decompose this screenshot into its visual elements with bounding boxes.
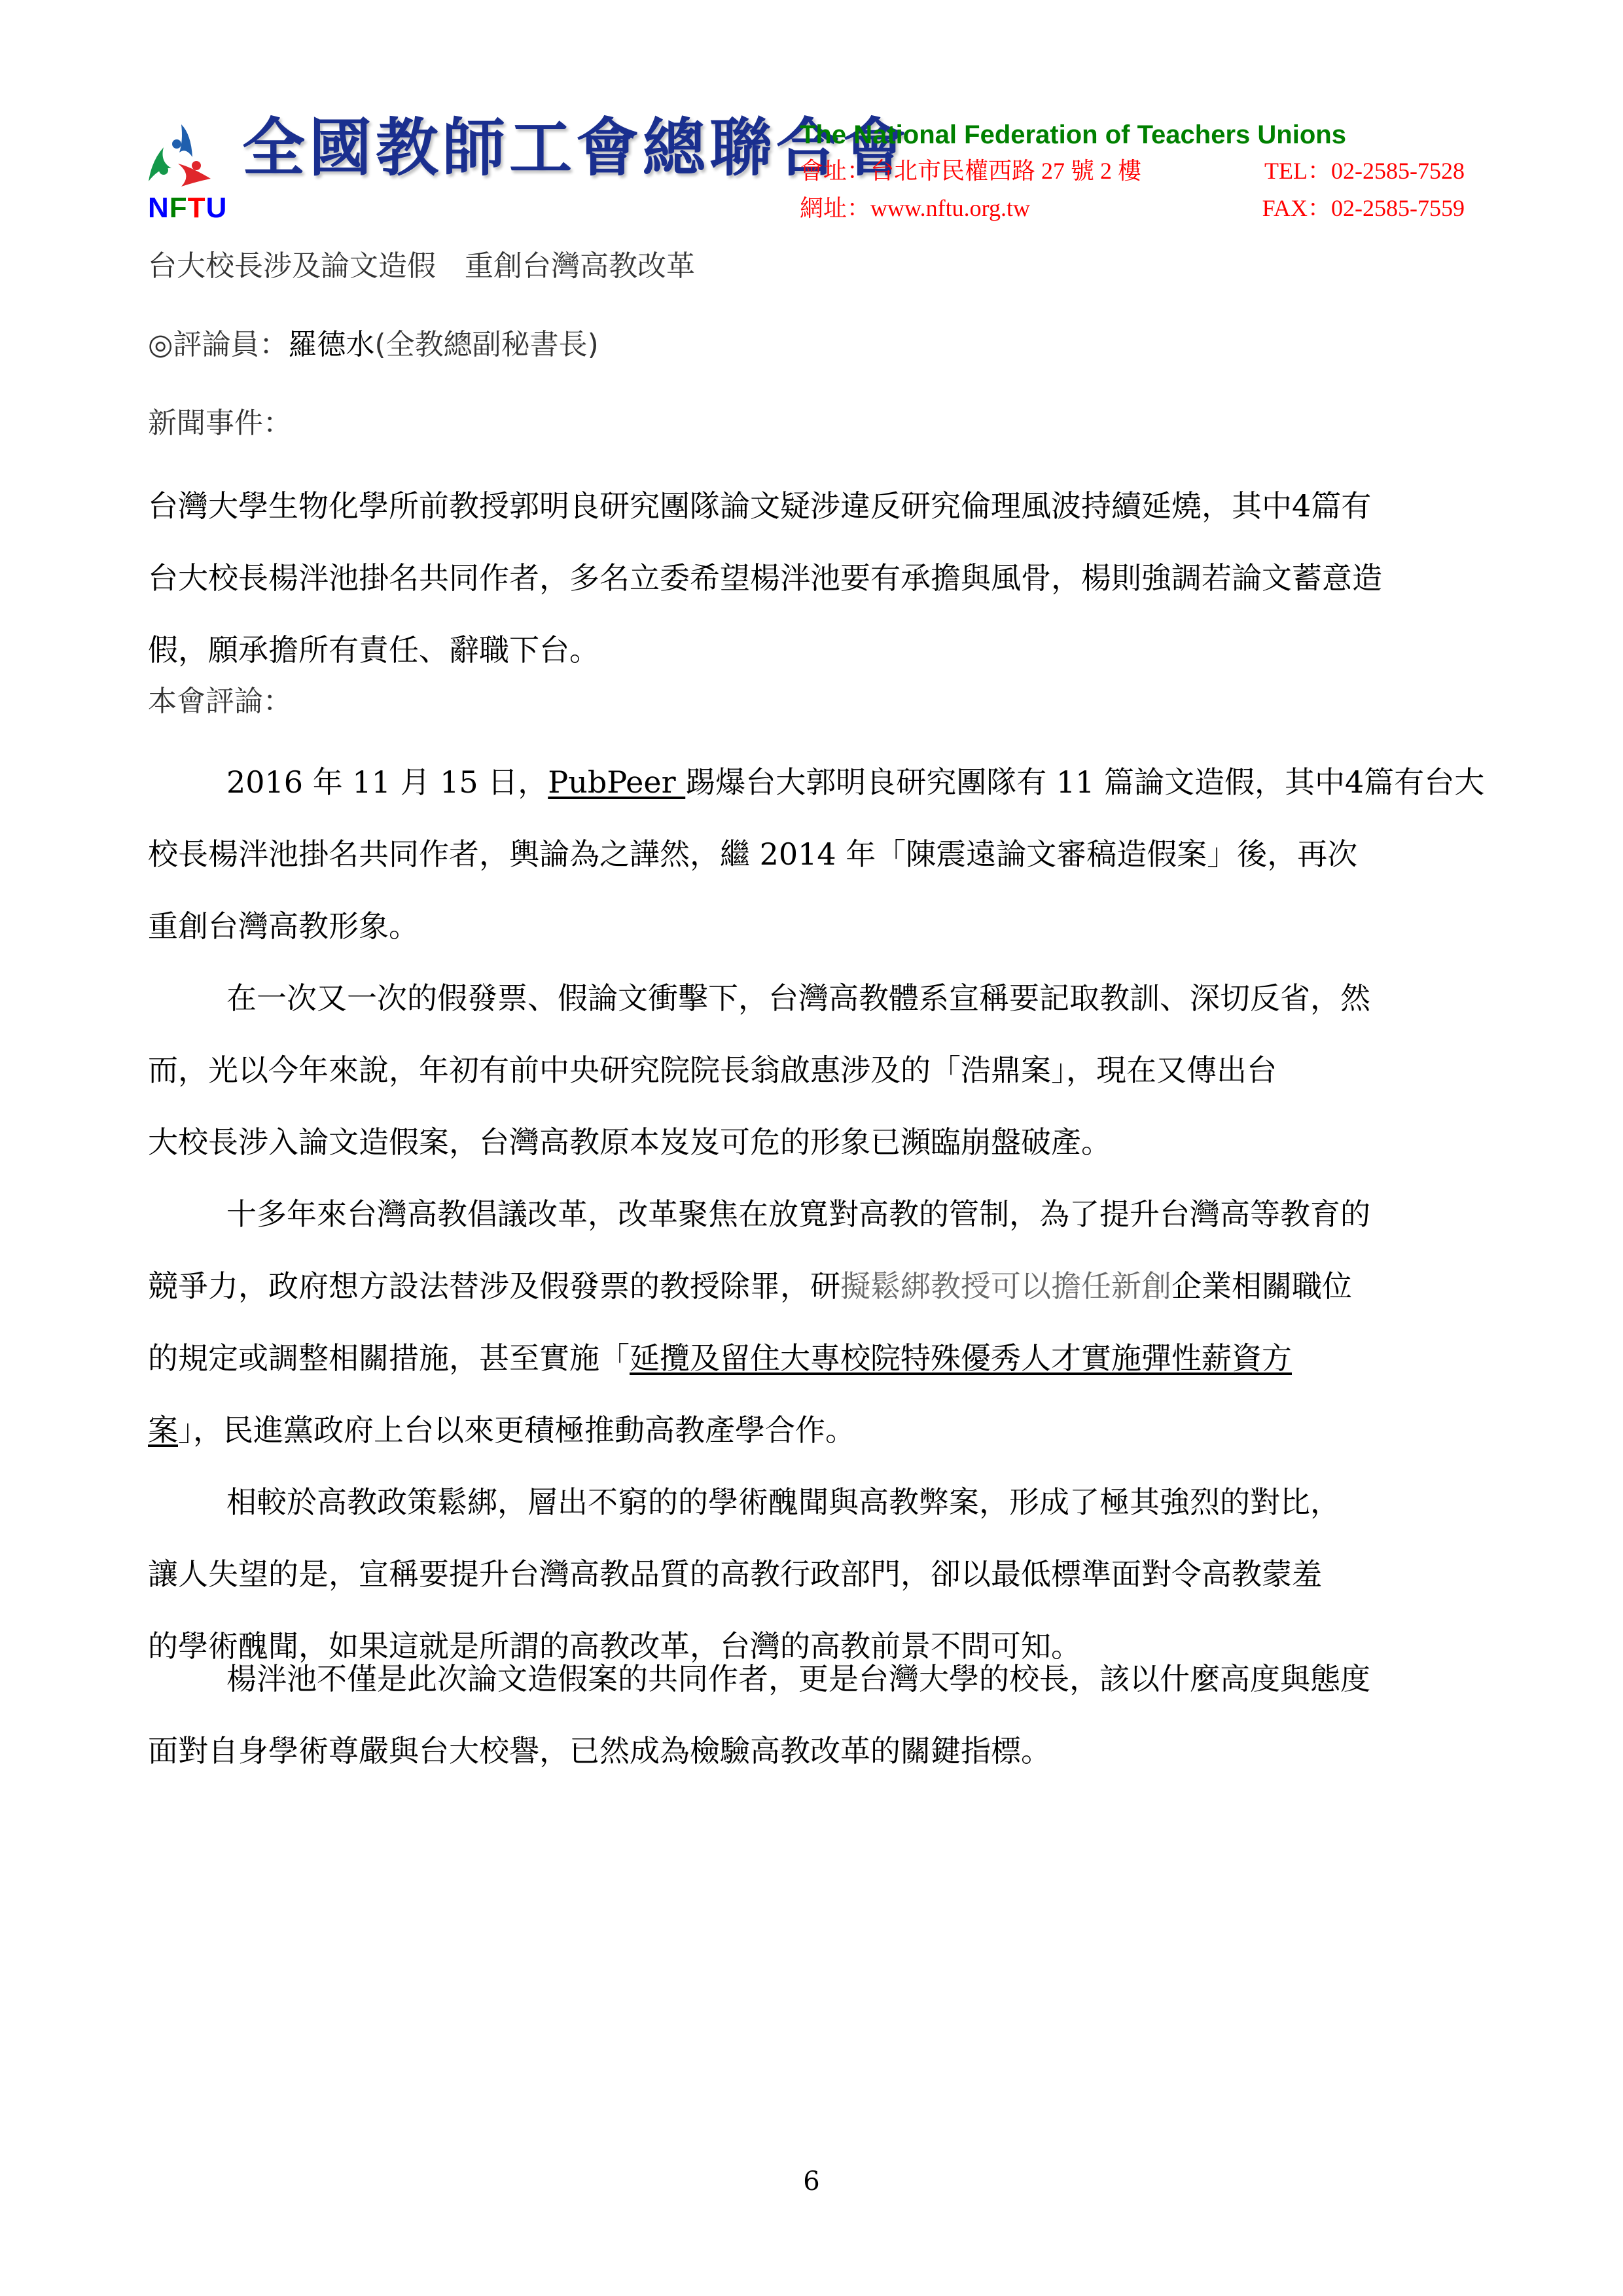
news-event-heading: 新聞事件： (148, 409, 292, 438)
text-line: 假，願承擔所有責任、辭職下台。 (148, 614, 1472, 686)
text-line: 台大校長楊泮池掛名共同作者，多名立委希望楊泮池要有承擔與風骨，楊則強調若論文蓄意… (148, 542, 1472, 614)
news-event-paragraph: 台灣大學生物化學所前教授郭明良研究團隊論文疑涉違反研究倫理風波持續延燒，其中4篇… (148, 470, 1472, 686)
byline-role: (全教總副秘書長) (374, 328, 598, 361)
text-line: 案」，民進黨政府上台以來更積極推動高教產學合作。 (148, 1394, 1472, 1466)
text-line: 大校長涉入論文造假案，台灣高教原本岌岌可危的形象已瀕臨崩盤破產。 (148, 1106, 1472, 1178)
pubpeer-link[interactable]: PubPeer (548, 764, 685, 800)
letterhead: NFTU 全國教師工會總聯合會 The National Federation … (0, 0, 1623, 236)
text-line: 面對自身學術尊嚴與台大校譽，已然成為檢驗高教改革的關鍵指標。 (148, 1715, 1472, 1787)
org-website[interactable]: 網址：www.nftu.org.tw (800, 196, 1030, 220)
text-line: 十多年來台灣高教倡議改革，改革聚焦在放寬對高教的管制，為了提升台灣高等教育的 (148, 1178, 1472, 1250)
flexible-salary-policy-link[interactable]: 延攬及留住大專校院特殊優秀人才實施彈性薪資方 (630, 1340, 1292, 1376)
text-line: 在一次又一次的假發票、假論文衝擊下，台灣高教體系宣稱要記取教訓、深切反省，然 (148, 962, 1472, 1034)
text-line: 楊泮池不僅是此次論文造假案的共同作者，更是台灣大學的校長，該以什麼高度與態度 (148, 1643, 1472, 1715)
org-name-english: The National Federation of Teachers Unio… (800, 122, 1346, 148)
flexible-salary-policy-link-cont[interactable]: 案 (148, 1412, 178, 1448)
byline-prefix: ◎評論員： (148, 328, 288, 361)
commentary-paragraph-3: 十多年來台灣高教倡議改革，改革聚焦在放寬對高教的管制，為了提升台灣高等教育的 競… (148, 1178, 1472, 1466)
text-line: 的規定或調整相關措施，甚至實施「延攬及留住大專校院特殊優秀人才實施彈性薪資方 (148, 1322, 1472, 1394)
commentary-heading: 本會評論： (148, 687, 292, 716)
text-line: 相較於高教政策鬆綁，層出不窮的的學術醜聞與高教弊案，形成了極其強烈的對比， (148, 1466, 1472, 1538)
page-number: 6 (0, 2166, 1623, 2197)
nftu-logo-text: NFTU (148, 194, 227, 223)
commentary-paragraph-1: 2016 年 11 月 15 日，PubPeer 踢爆台大郭明良研究團隊有 11… (148, 746, 1472, 962)
text-line: 校長楊泮池掛名共同作者，輿論為之譁然，繼 2014 年「陳震遠論文審稿造假案」後… (148, 818, 1472, 890)
org-telephone: TEL：02-2585-7528 (1013, 159, 1465, 183)
text-line: 競爭力，政府想方設法替涉及假發票的教授除罪，研擬鬆綁教授可以擔任新創企業相關職位 (148, 1250, 1472, 1322)
text-line: 2016 年 11 月 15 日，PubPeer 踢爆台大郭明良研究團隊有 11… (148, 746, 1472, 818)
byline-author: 羅德水 (288, 328, 374, 361)
org-fax: FAX：02-2585-7559 (1013, 196, 1465, 220)
article-title: 台大校長涉及論文造假 重創台灣高教改革 (148, 252, 695, 281)
commentary-paragraph-5: 楊泮池不僅是此次論文造假案的共同作者，更是台灣大學的校長，該以什麼高度與態度 面… (148, 1643, 1472, 1787)
commentary-paragraph-2: 在一次又一次的假發票、假論文衝擊下，台灣高教體系宣稱要記取教訓、深切反省，然 而… (148, 962, 1472, 1178)
article-byline: ◎評論員：羅德水(全教總副秘書長) (148, 331, 599, 359)
nftu-logo-icon (145, 121, 217, 193)
text-line: 而，光以今年來說，年初有前中央研究院院長翁啟惠涉及的「浩鼎案」，現在又傳出台 (148, 1034, 1472, 1106)
text-line: 台灣大學生物化學所前教授郭明良研究團隊論文疑涉違反研究倫理風波持續延燒，其中4篇… (148, 470, 1472, 542)
text-line: 重創台灣高教形象。 (148, 890, 1472, 962)
text-line: 讓人失望的是，宣稱要提升台灣高教品質的高教行政部門，卻以最低標準面對令高教蒙羞 (148, 1538, 1472, 1610)
